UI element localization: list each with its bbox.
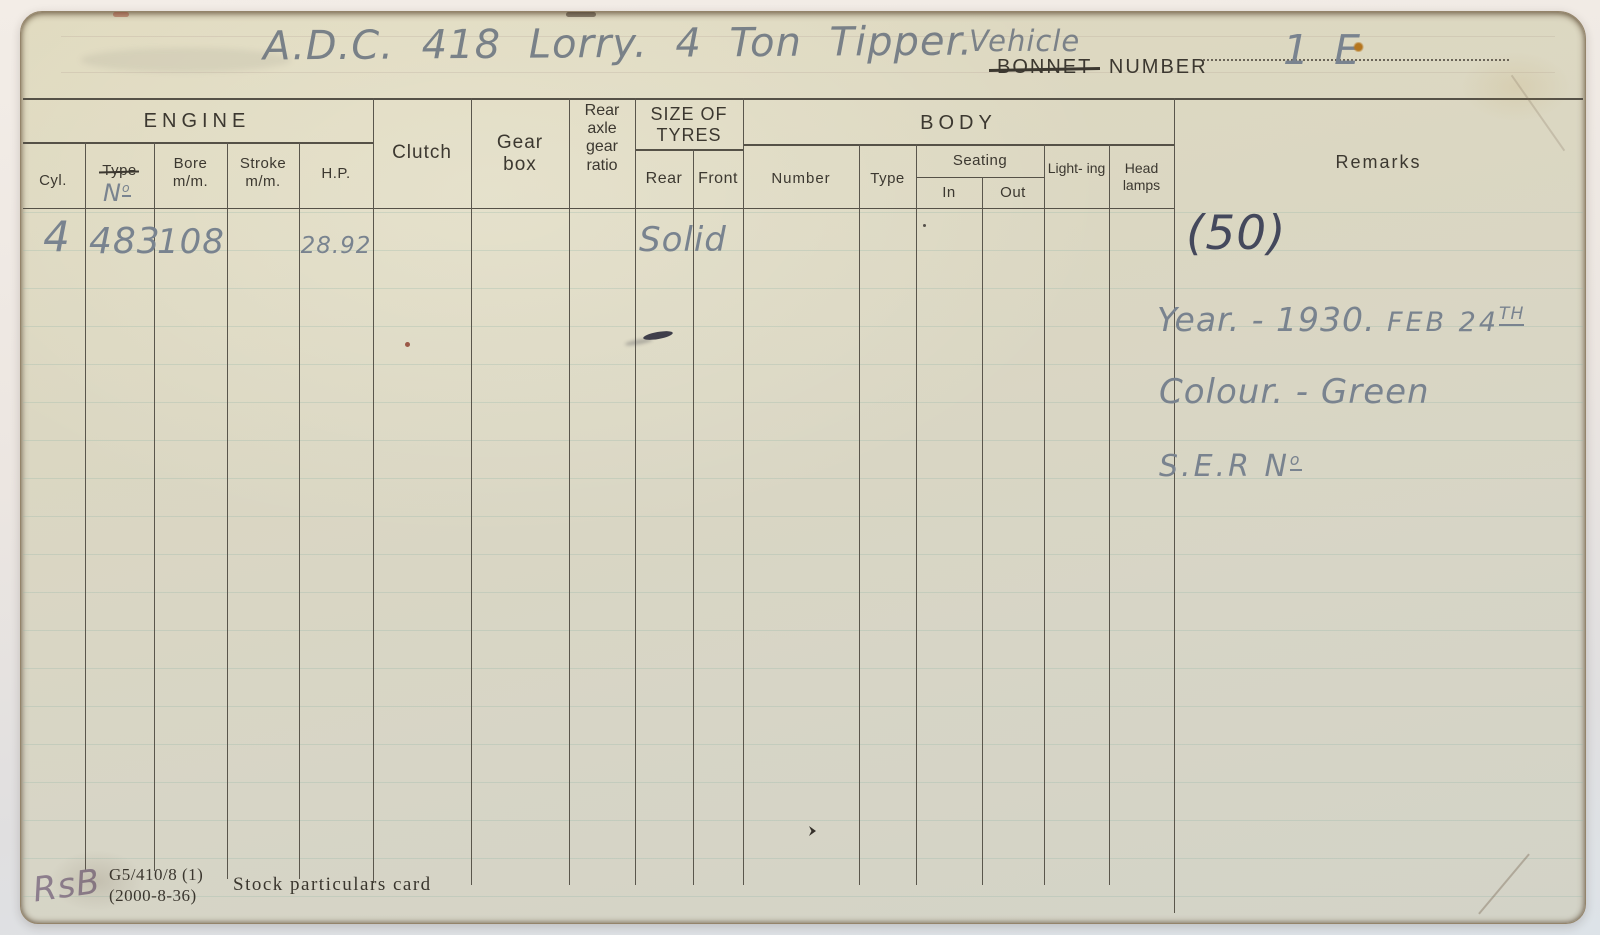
bonnet-number-value-handwritten: 1 E <box>1283 28 1366 73</box>
hp-heading: H.P. <box>299 165 373 183</box>
col-rule-headlamps-remarks <box>1174 98 1175 913</box>
col-rule-cyl-type <box>85 142 86 871</box>
tyres-front-heading: Front <box>693 170 743 189</box>
col-rule-out-lighting <box>1044 144 1045 885</box>
entry-hp: 28.92 <box>299 234 373 259</box>
crease-line <box>1511 75 1565 152</box>
remarks-heading: Remarks <box>1174 152 1583 173</box>
erased-pencil-smudge <box>81 48 291 72</box>
entry-tyres-rear: Solid <box>639 222 727 259</box>
seating-in-heading: In <box>916 184 982 202</box>
ink-smudge <box>643 329 674 341</box>
red-speck <box>405 342 410 347</box>
bonnet-word-struck: BONNET <box>997 56 1092 80</box>
seating-heading: Seating <box>916 152 1044 170</box>
remark-capacity: (50) <box>1186 208 1286 260</box>
lighting-heading: Light- ing <box>1044 160 1109 177</box>
tyres-underline <box>635 149 743 151</box>
card-title-handwritten: A.D.C. 418 Lorry. 4 Ton Tipper. <box>263 20 973 69</box>
seating-out-heading: Out <box>982 184 1044 202</box>
cyl-heading: Cyl. <box>21 172 85 190</box>
remark-ser-sup: o <box>1290 451 1303 471</box>
crease-line <box>1478 853 1530 914</box>
entry-type-no: 483 <box>89 222 161 262</box>
type-no-sup: o <box>122 180 131 197</box>
col-rule-gearbox-rearaxle <box>569 98 570 885</box>
bore-heading: Bore m/m. <box>154 155 227 190</box>
initials-handwritten: RsB <box>31 863 103 909</box>
gearbox-heading: Gear box <box>491 132 549 177</box>
remark-year-date: FEB 24 <box>1387 307 1499 338</box>
tyres-rear-heading: Rear <box>635 170 693 189</box>
tyres-group-heading: SIZE OF TYRES <box>635 104 743 145</box>
remark-year-text: Year. - 1930. <box>1157 300 1375 339</box>
stock-particulars-card: A.D.C. 418 Lorry. 4 Ton Tipper. Vehicle … <box>20 11 1586 924</box>
clutch-heading: Clutch <box>373 142 471 164</box>
scanner-background: { "header": { "title_handwritten": "A.D.… <box>0 0 1600 935</box>
type-no-handwritten: No <box>103 180 131 206</box>
edge-smudge <box>113 12 129 17</box>
engine-group-heading: ENGINE <box>21 110 373 134</box>
remark-year: Year. - 1930. FEB 24TH <box>1157 302 1524 338</box>
form-reference-line1: G5/410/8 (1) <box>109 864 203 885</box>
entry-cyl: 4 <box>29 214 85 260</box>
entry-bore: 108 <box>157 224 225 261</box>
edge-smudge <box>566 12 596 17</box>
col-rule-rearaxle-tyres <box>635 98 636 885</box>
seating-underline <box>916 177 1044 178</box>
body-number-heading: Number <box>743 170 859 188</box>
type-no-text: N <box>103 179 122 207</box>
header-bottom-rule <box>23 208 1174 209</box>
type-word-struck: Type <box>102 162 137 180</box>
rear-axle-heading: Rear axle gear ratio <box>572 102 632 175</box>
number-word: NUMBER <box>1109 56 1208 78</box>
form-reference-line2: (2000-8-36) <box>109 885 203 906</box>
engine-underline <box>23 142 373 144</box>
col-rule-in-out <box>982 177 983 885</box>
type-heading: Type <box>85 162 154 180</box>
table-top-rule <box>23 98 1583 100</box>
remark-ser-text: S.E.R N <box>1159 449 1290 484</box>
bonnet-number-caption: BONNET NUMBER <box>997 56 1208 80</box>
col-rule-hp-clutch <box>373 98 374 883</box>
col-rule-lighting-headlamps <box>1109 144 1110 885</box>
headlamps-heading: Head lamps <box>1109 160 1174 193</box>
stroke-heading: Stroke m/m. <box>227 155 299 190</box>
remark-colour: Colour. - Green <box>1159 374 1430 411</box>
form-reference: G5/410/8 (1) (2000-8-36) <box>109 864 203 907</box>
col-rule-front-body <box>743 98 744 885</box>
vehicle-word-handwritten: Vehicle <box>969 26 1080 58</box>
remark-year-date-sup: TH <box>1499 304 1524 326</box>
col-rule-bore-stroke <box>227 142 228 879</box>
body-group-heading: BODY <box>743 112 1174 136</box>
col-rule-clutch-gearbox <box>471 98 472 885</box>
col-rule-number-type <box>859 144 860 885</box>
remark-ser-number: S.E.R No <box>1159 450 1302 483</box>
body-type-heading: Type <box>859 170 916 188</box>
small-tick-mark <box>809 826 816 836</box>
corner-stain <box>1461 52 1571 122</box>
ink-dot <box>923 224 926 227</box>
card-name-imprint: Stock particulars card <box>233 874 432 896</box>
col-rule-type-seating <box>916 144 917 885</box>
